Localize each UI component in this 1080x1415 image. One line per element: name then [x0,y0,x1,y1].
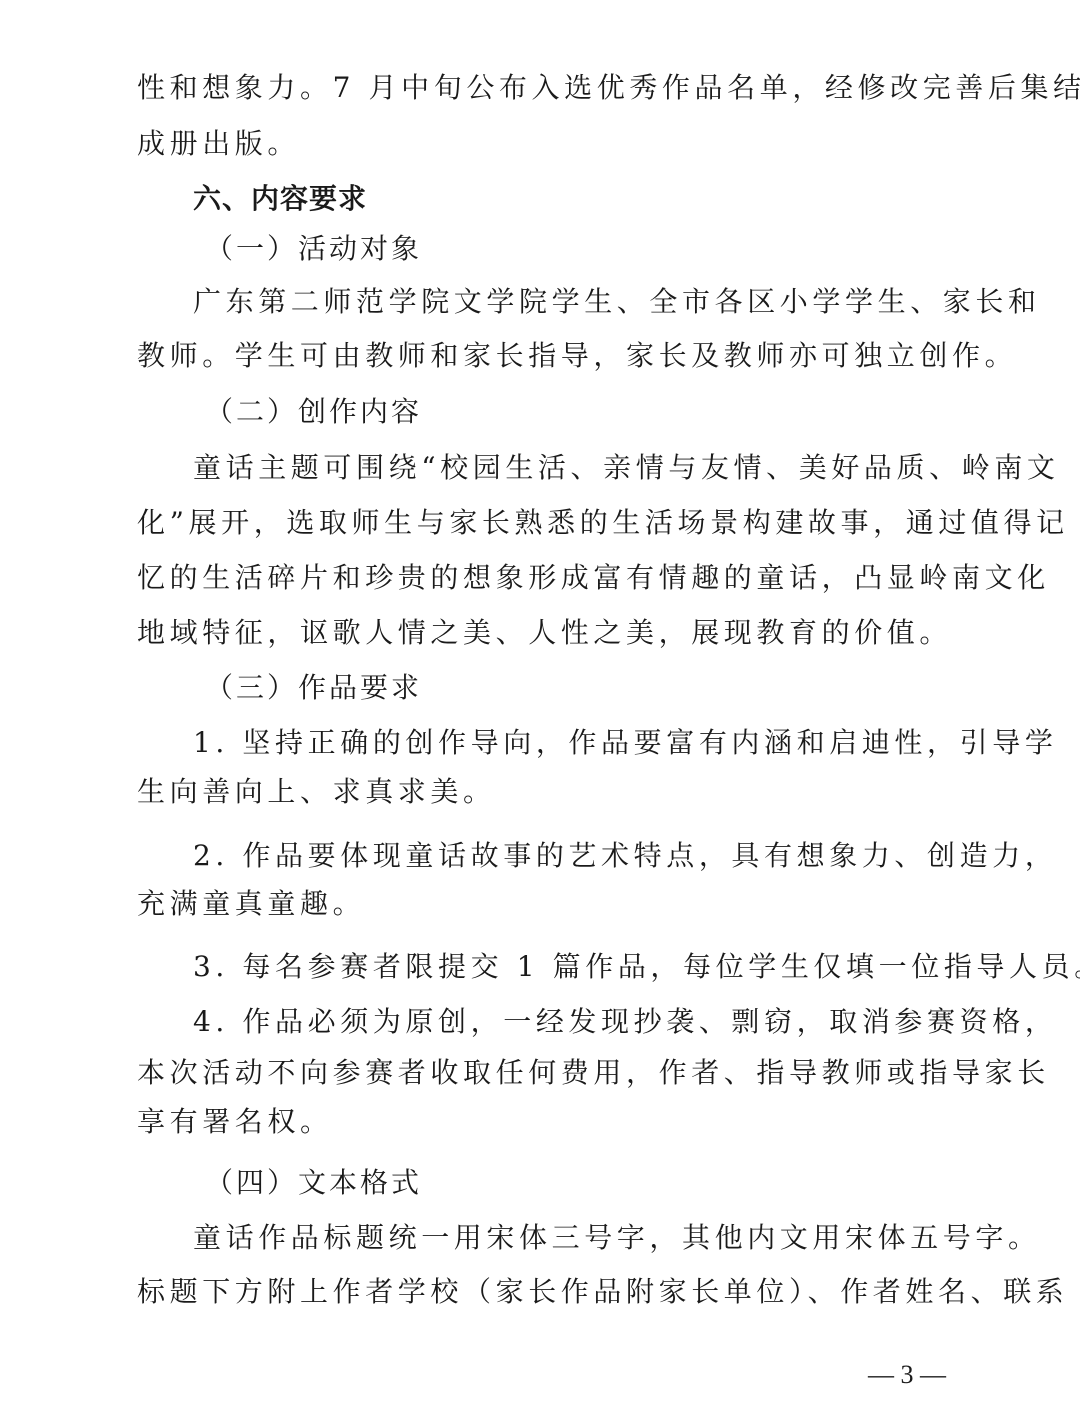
list-item-line: 4. 作品必须为原创，一经发现抄袭、剽窃，取消参赛资格， [193,1002,1057,1042]
list-item-line: 充满童真童趣。 [137,884,365,924]
paragraph-line: 童话主题可围绕“校园生活、亲情与友情、美好品质、岭南文 [193,448,1060,488]
page-number: — 3 — [868,1360,946,1390]
paragraph-line: 童话作品标题统一用宋体三号字，其他内文用宋体五号字。 [193,1218,1041,1258]
list-item-line: 本次活动不向参赛者收取任何费用，作者、指导教师或指导家长 [137,1053,1050,1093]
list-item-line: 1. 坚持正确的创作导向，作品要富有内涵和启迪性，引导学 [193,723,1057,763]
paragraph-line: 成册出版。 [137,124,300,164]
paragraph-line: 忆的生活碎片和珍贵的想象形成富有情趣的童话，凸显岭南文化 [137,558,1050,598]
subsection-heading: （二）创作内容 [205,392,422,432]
paragraph-line: 地域特征，讴歌人情之美、人性之美，展现教育的价值。 [137,613,952,653]
list-item-line: 2. 作品要体现童话故事的艺术特点，具有想象力、创造力， [193,836,1057,876]
list-item-line: 3. 每名参赛者限提交 1 篇作品，每位学生仅填一位指导人员。 [193,947,1080,987]
subsection-heading: （三）作品要求 [205,668,422,708]
section-heading: 六、内容要求 [193,179,367,219]
subsection-heading: （一）活动对象 [205,229,422,269]
list-item-line: 享有署名权。 [137,1102,333,1142]
paragraph-line: 教师。学生可由教师和家长指导，家长及教师亦可独立创作。 [137,336,1017,376]
subsection-heading: （四）文本格式 [205,1163,422,1203]
paragraph-line: 化”展开，选取师生与家长熟悉的生活场景构建故事，通过值得记 [137,503,1069,543]
paragraph-line: 广东第二师范学院文学院学生、全市各区小学学生、家长和 [193,282,1041,322]
paragraph-line: 性和想象力。7 月中旬公布入选优秀作品名单，经修改完善后集结 [137,68,1080,108]
paragraph-line: 标题下方附上作者学校（家长作品附家长单位）、作者姓名、联系 [137,1272,1068,1312]
list-item-line: 生向善向上、求真求美。 [137,772,496,812]
